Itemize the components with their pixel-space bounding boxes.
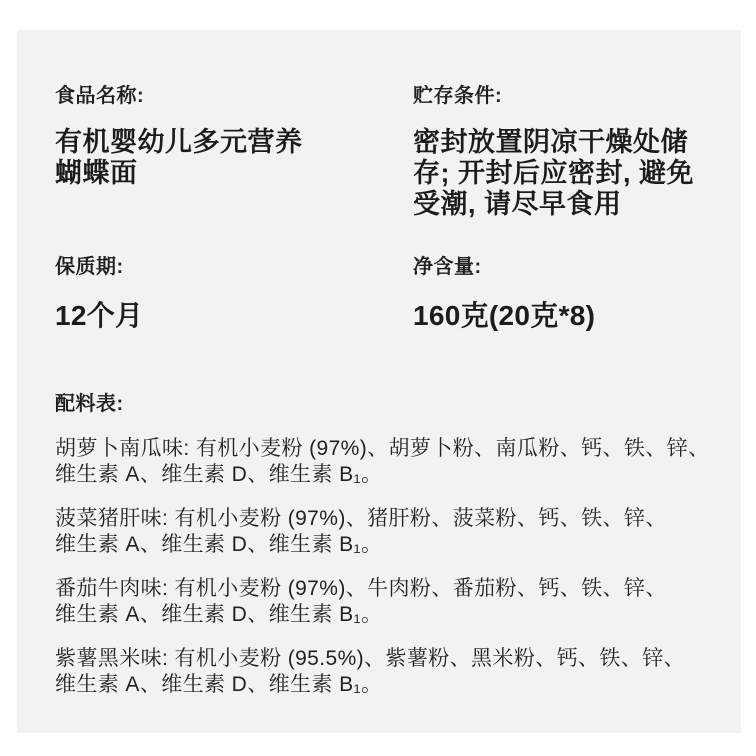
food-name-label: 食品名称: (55, 85, 413, 108)
ingredient-item-tomato-beef: 番茄牛肉味: 有机小麦粉 (97%)、牛肉粉、番茄粉、钙、铁、锌、 维生素 A、… (55, 576, 727, 627)
food-name-value: 有机婴幼儿多元营养 蝴蝶面 (55, 127, 413, 189)
product-info-page: 食品名称: 有机婴幼儿多元营养 蝴蝶面 贮存条件: 密封放置阴凉干燥处储 存; … (0, 0, 756, 756)
storage-conditions-value: 密封放置阴凉干燥处储 存; 开封后应密封, 避免 受潮, 请尽早食用 (413, 127, 727, 220)
ingredients-label: 配料表: (55, 393, 727, 416)
spec-row-2: 保质期: 12个月 净含量: 160克(20克*8) (55, 256, 727, 332)
product-spec-panel: 食品名称: 有机婴幼儿多元营养 蝴蝶面 贮存条件: 密封放置阴凉干燥处储 存; … (17, 30, 741, 733)
shelf-life-value: 12个月 (55, 299, 413, 332)
ingredient-item-carrot-pumpkin: 胡萝卜南瓜味: 有机小麦粉 (97%)、胡萝卜粉、南瓜粉、钙、铁、锌、 维生素 … (55, 436, 727, 487)
net-content-label: 净含量: (413, 256, 727, 279)
field-food-name: 食品名称: 有机婴幼儿多元营养 蝴蝶面 (55, 85, 413, 220)
ingredients-section: 配料表: 胡萝卜南瓜味: 有机小麦粉 (97%)、胡萝卜粉、南瓜粉、钙、铁、锌、… (55, 393, 727, 697)
field-storage-conditions: 贮存条件: 密封放置阴凉干燥处储 存; 开封后应密封, 避免 受潮, 请尽早食用 (413, 85, 727, 220)
ingredient-item-spinach-pork-liver: 菠菜猪肝味: 有机小麦粉 (97%)、猪肝粉、菠菜粉、钙、铁、锌、 维生素 A、… (55, 506, 727, 557)
shelf-life-label: 保质期: (55, 256, 413, 279)
spec-row-1: 食品名称: 有机婴幼儿多元营养 蝴蝶面 贮存条件: 密封放置阴凉干燥处储 存; … (55, 85, 727, 220)
ingredients-list: 胡萝卜南瓜味: 有机小麦粉 (97%)、胡萝卜粉、南瓜粉、钙、铁、锌、 维生素 … (55, 436, 727, 697)
field-shelf-life: 保质期: 12个月 (55, 256, 413, 332)
ingredient-item-purple-potato-black-rice: 紫薯黑米味: 有机小麦粉 (95.5%)、紫薯粉、黑米粉、钙、铁、锌、 维生素 … (55, 646, 727, 697)
storage-conditions-label: 贮存条件: (413, 85, 727, 108)
net-content-value: 160克(20克*8) (413, 299, 727, 332)
field-net-content: 净含量: 160克(20克*8) (413, 256, 727, 332)
